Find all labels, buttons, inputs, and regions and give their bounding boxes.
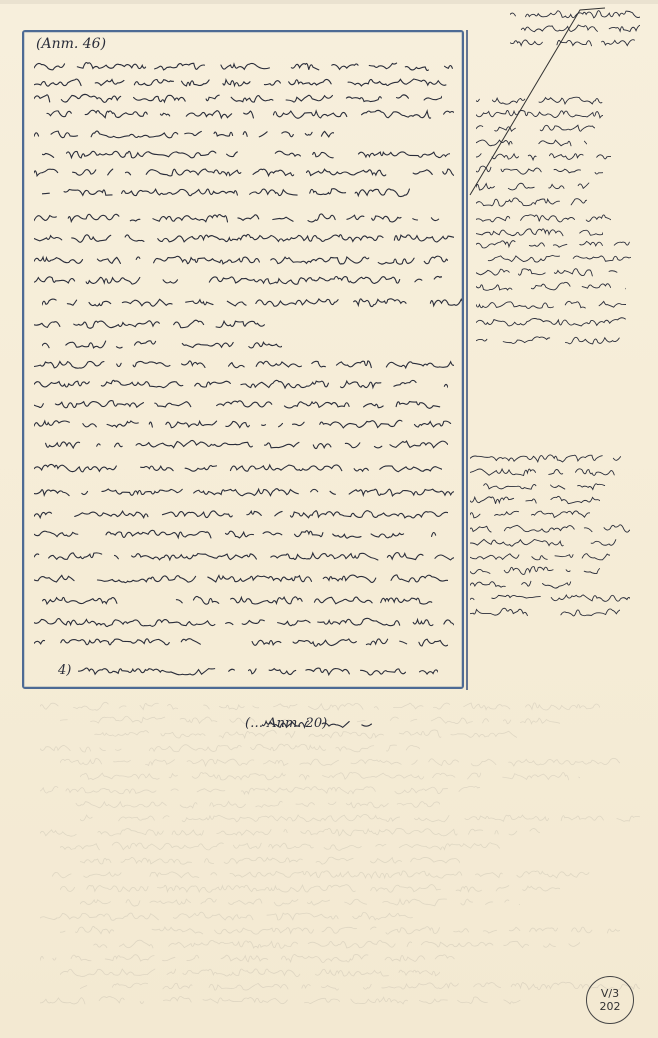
handwriting-line — [476, 122, 595, 134]
handwriting-line — [34, 508, 448, 520]
handwriting-line — [34, 594, 442, 606]
handwriting-line — [34, 76, 448, 88]
handwriting-line — [470, 592, 630, 604]
handwriting-line — [34, 636, 448, 648]
handwriting-line — [476, 298, 626, 310]
handwriting-line — [470, 564, 600, 576]
manuscript-page: (Anm. 46) 4) (… Anm. 20) V/3 202 — [0, 0, 658, 1038]
handwriting-line — [34, 358, 454, 370]
stamp-line-1: V/3 — [601, 987, 619, 1000]
handwriting-line — [34, 92, 442, 104]
handwriting-line — [476, 150, 611, 162]
handwriting-line — [80, 770, 580, 782]
handwriting-line — [470, 508, 590, 520]
handwriting-line — [80, 896, 520, 908]
handwriting-line — [470, 494, 600, 506]
handwriting-line — [476, 252, 631, 264]
handwriting-line — [60, 882, 560, 894]
item-number-4: 4) — [58, 663, 71, 678]
handwriting-line — [34, 232, 454, 244]
handwriting-line — [34, 528, 442, 540]
handwriting-line — [34, 128, 334, 140]
handwriting-line — [40, 700, 600, 712]
handwriting-line — [60, 966, 440, 978]
handwriting-line — [470, 550, 610, 562]
handwriting-line — [476, 266, 631, 278]
archive-stamp: V/3 202 — [586, 976, 634, 1024]
handwriting-line — [34, 616, 454, 628]
handwriting-line — [40, 784, 480, 796]
handwriting-line — [34, 212, 442, 224]
handwriting-line — [510, 22, 640, 34]
handwriting-line — [80, 980, 640, 992]
handwriting-line — [60, 840, 500, 852]
handwriting-line — [80, 854, 460, 866]
handwriting-line — [476, 164, 603, 176]
handwriting-line — [34, 378, 448, 390]
closing-reference: (… Anm. 20) — [245, 716, 327, 731]
handwriting-line — [40, 952, 480, 964]
handwriting-line — [42, 186, 412, 198]
handwriting-line — [40, 994, 540, 1006]
handwriting-line — [42, 338, 282, 350]
handwriting-line — [476, 226, 603, 238]
margin-rule — [466, 30, 468, 690]
header-note: (Anm. 46) — [36, 36, 106, 52]
handwriting-line — [34, 398, 442, 410]
handwriting-line — [34, 550, 454, 562]
handwriting-line — [470, 452, 630, 464]
handwriting-line — [34, 108, 454, 120]
handwriting-line — [78, 665, 438, 677]
handwriting-line — [34, 60, 454, 72]
handwriting-line — [34, 418, 454, 430]
handwriting-line — [476, 334, 626, 346]
handwriting-line — [34, 486, 454, 498]
handwriting-line — [470, 536, 620, 548]
handwriting-line — [476, 316, 626, 328]
handwriting-line — [60, 798, 440, 810]
handwriting-line — [42, 148, 450, 160]
handwriting-line — [470, 578, 590, 590]
handwriting-line — [470, 606, 620, 618]
handwriting-line — [510, 8, 640, 20]
handwriting-line — [60, 924, 620, 936]
handwriting-line — [476, 196, 587, 208]
handwriting-line — [476, 136, 587, 148]
handwriting-line — [42, 296, 462, 308]
stamp-line-2: 202 — [600, 1000, 621, 1013]
handwriting-line — [80, 938, 580, 950]
handwriting-line — [40, 742, 420, 754]
handwriting-line — [470, 522, 630, 534]
handwriting-line — [476, 180, 595, 192]
handwriting-line — [40, 826, 540, 838]
handwriting-line — [470, 466, 620, 478]
handwriting-line — [476, 94, 611, 106]
handwriting-line — [476, 212, 611, 224]
handwriting-line — [34, 438, 448, 450]
handwriting-line — [34, 572, 448, 584]
handwriting-line — [40, 910, 420, 922]
handwriting-line — [34, 462, 442, 474]
handwriting-line — [476, 280, 626, 292]
handwriting-line — [510, 36, 640, 48]
handwriting-line — [60, 756, 620, 768]
handwriting-line — [470, 480, 610, 492]
handwriting-line — [40, 868, 600, 880]
handwriting-line — [34, 254, 448, 266]
handwriting-line — [80, 812, 640, 824]
handwriting-line — [476, 238, 631, 250]
handwriting-line — [34, 166, 454, 178]
handwriting-line — [34, 274, 442, 286]
handwriting-line — [476, 108, 603, 120]
handwriting-line — [34, 318, 274, 330]
